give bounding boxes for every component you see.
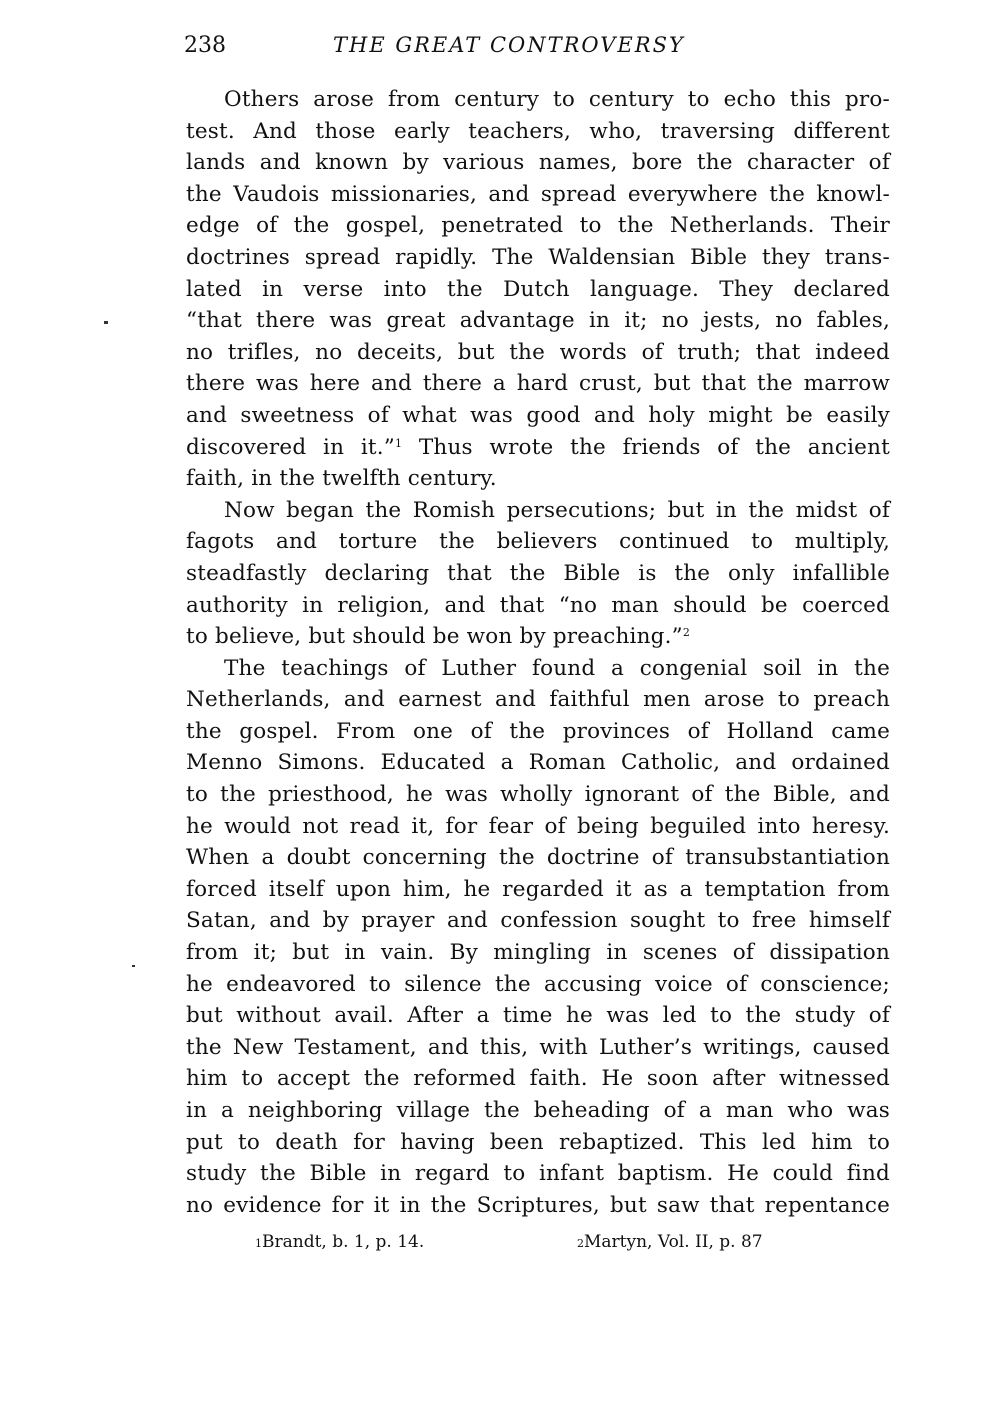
line-text: lands and known by various names, bore t… <box>186 150 890 175</box>
line-text: the New Testament, and this, with Luther… <box>186 1035 890 1060</box>
text-line: Netherlands, and earnest and faithful me… <box>186 684 890 716</box>
text-line: he endeavored to silence the accusing vo… <box>186 969 890 1001</box>
line-text: no trifles, no deceits, but the words of… <box>186 340 890 365</box>
line-text-continued: Thus wrote the friends of the ancient <box>402 435 890 460</box>
text-line: forced itself upon him, he regarded it a… <box>186 874 890 906</box>
line-text: test. And those early teachers, who, tra… <box>186 119 890 144</box>
line-text: steadfastly declaring that the Bible is … <box>186 561 890 586</box>
line-text: Menno Simons. Educated a Roman Catholic,… <box>186 750 890 775</box>
text-line: “that there was great advantage in it; n… <box>186 305 890 337</box>
page-number: 238 <box>184 33 226 58</box>
text-line: to the priesthood, he was wholly ignoran… <box>186 779 890 811</box>
line-text: fagots and torture the believers continu… <box>186 529 890 554</box>
line-text: to the priesthood, he was wholly ignoran… <box>186 782 890 807</box>
text-line: to believe, but should be won by preachi… <box>186 621 890 653</box>
footnote-2: 2Martyn, Vol. II, p. 87 <box>577 1232 763 1252</box>
text-line: the gospel. From one of the provinces of… <box>186 716 890 748</box>
text-line: no evidence for it in the Scriptures, bu… <box>186 1190 890 1222</box>
scan-speck <box>104 321 108 324</box>
line-text: discovered in it.” <box>186 435 395 460</box>
text-line: lands and known by various names, bore t… <box>186 147 890 179</box>
scan-speck <box>132 965 135 967</box>
text-line: authority in religion, and that “no man … <box>186 590 890 622</box>
line-text: there was here and there a hard crust, b… <box>186 371 890 396</box>
line-text: authority in religion, and that “no man … <box>186 593 890 618</box>
text-line: The teachings of Luther found a congenia… <box>186 653 890 685</box>
text-line: there was here and there a hard crust, b… <box>186 368 890 400</box>
line-text: he endeavored to silence the accusing vo… <box>186 972 890 997</box>
text-line: steadfastly declaring that the Bible is … <box>186 558 890 590</box>
text-line: test. And those early teachers, who, tra… <box>186 116 890 148</box>
line-text: lated in verse into the Dutch language. … <box>186 277 890 302</box>
text-line: but without avail. After a time he was l… <box>186 1000 890 1032</box>
line-text: Now began the Romish persecutions; but i… <box>224 498 890 523</box>
line-text: forced itself upon him, he regarded it a… <box>186 877 890 902</box>
text-line: and sweetness of what was good and holy … <box>186 400 890 432</box>
text-line: fagots and torture the believers continu… <box>186 526 890 558</box>
line-text: the gospel. From one of the provinces of… <box>186 719 890 744</box>
line-text: the Vaudois missionaries, and spread eve… <box>186 182 890 207</box>
text-line: study the Bible in regard to infant bapt… <box>186 1158 890 1190</box>
line-text: him to accept the reformed faith. He soo… <box>186 1066 890 1091</box>
line-text: but without avail. After a time he was l… <box>186 1003 890 1028</box>
footnote-reference: 2 <box>683 626 690 639</box>
footnote-reference: 1 <box>395 437 402 450</box>
text-line: edge of the gospel, penetrated to the Ne… <box>186 210 890 242</box>
line-text: When a doubt concerning the doctrine of … <box>186 845 890 870</box>
line-text: doctrines spread rapidly. The Waldensian… <box>186 245 890 270</box>
text-line: put to death for having been rebaptized.… <box>186 1127 890 1159</box>
line-text: from it; but in vain. By mingling in sce… <box>186 940 890 965</box>
text-line: doctrines spread rapidly. The Waldensian… <box>186 242 890 274</box>
text-line: he would not read it, for fear of being … <box>186 811 890 843</box>
line-text: Others arose from century to century to … <box>224 87 890 112</box>
line-text: faith, in the twelfth century. <box>186 466 497 491</box>
line-text: study the Bible in regard to infant bapt… <box>186 1161 890 1186</box>
line-text: he would not read it, for fear of being … <box>186 814 890 839</box>
line-text: Satan, and by prayer and confession soug… <box>186 908 890 933</box>
text-line: Now began the Romish persecutions; but i… <box>186 495 890 527</box>
text-line: Others arose from century to century to … <box>186 84 890 116</box>
text-line: Menno Simons. Educated a Roman Catholic,… <box>186 747 890 779</box>
running-head: THE GREAT CONTROVERSY <box>333 33 685 57</box>
line-text: put to death for having been rebaptized.… <box>186 1130 890 1155</box>
line-text: edge of the gospel, penetrated to the Ne… <box>186 213 890 238</box>
line-text: to believe, but should be won by preachi… <box>186 624 683 649</box>
footnote-text: Brandt, b. 1, p. 14. <box>262 1232 424 1252</box>
footnote-mark: 2 <box>577 1237 584 1250</box>
text-line: When a doubt concerning the doctrine of … <box>186 842 890 874</box>
text-line: no trifles, no deceits, but the words of… <box>186 337 890 369</box>
line-text: Netherlands, and earnest and faithful me… <box>186 687 890 712</box>
footnote-mark: 1 <box>255 1237 262 1250</box>
footnote-1: 1Brandt, b. 1, p. 14. <box>255 1232 424 1252</box>
text-line: lated in verse into the Dutch language. … <box>186 274 890 306</box>
text-line: the New Testament, and this, with Luther… <box>186 1032 890 1064</box>
line-text: no evidence for it in the Scriptures, bu… <box>186 1193 890 1218</box>
line-text: and sweetness of what was good and holy … <box>186 403 890 428</box>
text-line: discovered in it.”1 Thus wrote the frien… <box>186 432 890 464</box>
line-text: The teachings of Luther found a congenia… <box>224 656 890 681</box>
line-text: “that there was great advantage in it; n… <box>186 308 890 333</box>
footnote-text: Martyn, Vol. II, p. 87 <box>584 1232 763 1252</box>
line-text: in a neighboring village the beheading o… <box>186 1098 890 1123</box>
text-line: from it; but in vain. By mingling in sce… <box>186 937 890 969</box>
text-line: in a neighboring village the beheading o… <box>186 1095 890 1127</box>
text-line: him to accept the reformed faith. He soo… <box>186 1063 890 1095</box>
text-line: the Vaudois missionaries, and spread eve… <box>186 179 890 211</box>
body-text: Others arose from century to century to … <box>186 84 890 1221</box>
text-line: faith, in the twelfth century. <box>186 463 890 495</box>
text-line: Satan, and by prayer and confession soug… <box>186 905 890 937</box>
